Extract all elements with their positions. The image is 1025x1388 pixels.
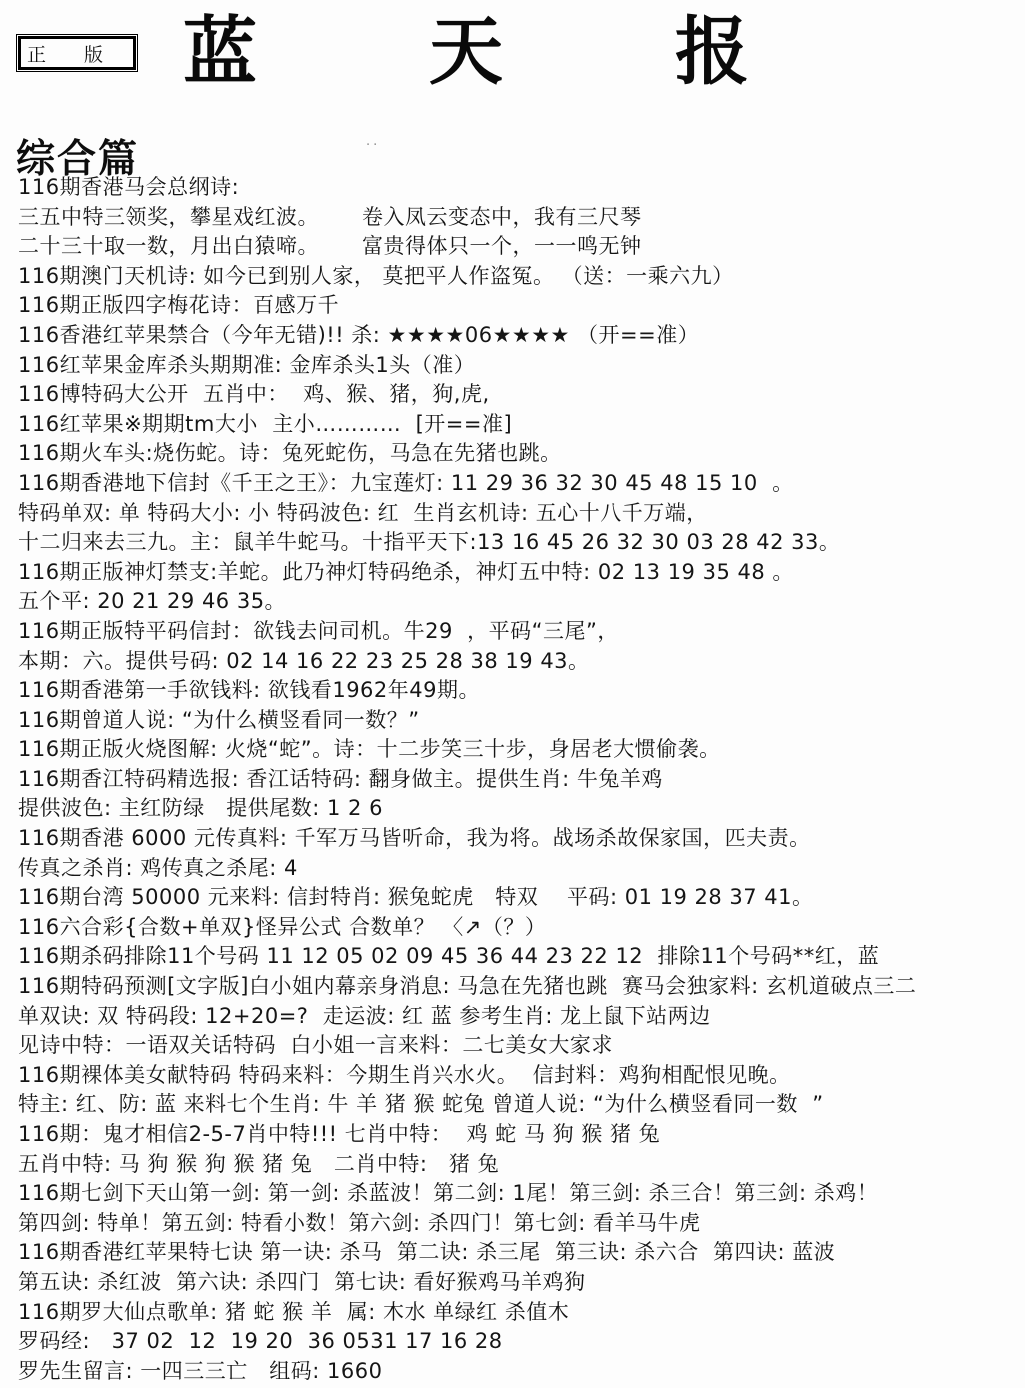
text-line: 五肖中特: 马 狗 猴 狗 猴 猪 兔 二肖中特: 猪 兔 [18, 1150, 1023, 1180]
text-line: 116期香港 6000 元传真料: 千军万马皆听命，我为将。战场杀故保家国，匹夫… [18, 824, 1023, 854]
newspaper-page: 正 版 蓝 天 报 综合篇 ·· 116期香港马会总纲诗: 三五中特三领奖，攀星… [0, 0, 1025, 1388]
text-line: 116香港红苹果禁合（今年无错)!! 杀: ★★★★06★★★★ （开==准） [18, 321, 1023, 351]
masthead-char-2: 天 [429, 8, 503, 96]
text-line: 116期正版神灯禁支:羊蛇。此乃神灯特码绝杀，神灯五中特: 02 13 19 3… [18, 558, 1023, 588]
text-line: 116期火车头:烧伤蛇。诗：兔死蛇伤，马急在先猪也跳。 [18, 439, 1023, 469]
text-line: 罗先生留言: 一四三三亡 组码: 1660 [18, 1357, 1023, 1387]
masthead-char-1: 蓝 [183, 8, 257, 96]
text-line: 116期裸体美女献特码 特码来料：今期生肖兴水火。 信封料：鸡狗相配恨见晚。 [18, 1061, 1023, 1091]
stray-dots-artifact: ·· [366, 138, 380, 153]
text-line: 116期香江特码精选报: 香江话特码: 翻身做主。提供生肖: 牛兔羊鸡 [18, 765, 1023, 795]
text-line: 116六合彩{合数+单双}怪异公式 合数单？ 〈↗（？） [18, 913, 1023, 943]
text-line: 116期香港红苹果特七诀 第一诀: 杀马 第二诀: 杀三尾 第三诀: 杀六合 第… [18, 1238, 1023, 1268]
text-line: 116期台湾 50000 元来料: 信封特肖: 猴兔蛇虎 特双 平码: 01 1… [18, 883, 1023, 913]
text-line: 本期：六。提供号码: 02 14 16 22 23 25 28 38 19 43… [18, 647, 1023, 677]
text-line: 见诗中特：一语双关话特码 白小姐一言来料：二七美女大家求 [18, 1031, 1023, 1061]
text-line: 116期杀码排除11个号码 11 12 05 02 09 45 36 44 23… [18, 942, 1023, 972]
text-line: 116红苹果金库杀头期期准: 金库杀头1头（准） [18, 351, 1023, 381]
text-line: 116期正版四字梅花诗：百感万千 [18, 291, 1023, 321]
tips-text-block: 116期香港马会总纲诗: 三五中特三领奖，攀星戏红波。 卷入凤云变态中，我有三尺… [18, 173, 1023, 1386]
text-line: 116博特码大公开 五肖中： 鸡、猴、猪，狗,虎, [18, 380, 1023, 410]
text-line: 第四剑: 特单！第五剑: 特看小数！第六剑: 杀四门！第七剑: 看羊马牛虎 [18, 1209, 1023, 1239]
text-line: 罗码经: 37 02 12 19 20 36 0531 17 16 28 [18, 1327, 1023, 1357]
text-line: 116期香港地下信封《千王之王》：九宝莲灯: 11 29 36 32 30 45… [18, 469, 1023, 499]
text-line: 提供波色: 主红防绿 提供尾数: 1 2 6 [18, 794, 1023, 824]
text-line: 116期：鬼才相信2-5-7肖中特!!! 七肖中特： 鸡 蛇 马 狗 猴 猪 兔 [18, 1120, 1023, 1150]
text-line: 特码单双: 单 特码大小: 小 特码波色: 红 生肖玄机诗: 五心十八千万端， [18, 499, 1023, 529]
text-line: 116期澳门天机诗: 如今已到别人家， 莫把平人作盗冤。 （送：一乘六九） [18, 262, 1023, 292]
text-line: 116期七剑下天山第一剑: 第一剑: 杀蓝波！第二剑: 1尾！第三剑: 杀三合！… [18, 1179, 1023, 1209]
authentic-edition-badge: 正 版 [18, 36, 136, 70]
text-line: 116期香港第一手欲钱料: 欲钱看1962年49期。 [18, 676, 1023, 706]
text-line: 第五诀: 杀红波 第六诀: 杀四门 第七诀: 看好猴鸡马羊鸡狗 [18, 1268, 1023, 1298]
text-line: 116期特码预测[文字版]白小姐内幕亲身消息: 马急在先猪也跳 赛马会独家料: … [18, 972, 1023, 1002]
text-line: 特主: 红、防: 蓝 来料七个生肖: 牛 羊 猪 猴 蛇兔 曾道人说: “为什么… [18, 1090, 1023, 1120]
masthead-char-3: 报 [675, 8, 749, 96]
text-line: 传真之杀肖: 鸡传真之杀尾: 4 [18, 854, 1023, 884]
text-line: 116期正版特平码信封：欲钱去问司机。牛29 ，平码“三尾”， [18, 617, 1023, 647]
text-line: 三五中特三领奖，攀星戏红波。 卷入凤云变态中，我有三尺琴 [18, 203, 1023, 233]
text-line: 五个平: 20 21 29 46 35。 [18, 587, 1023, 617]
text-line: 116红苹果※期期tm大小 主小………… [开==准] [18, 410, 1023, 440]
text-line: 116期曾道人说: “为什么横竖看同一数？” [18, 706, 1023, 736]
masthead-title: 蓝 天 报 [183, 8, 749, 96]
text-line: 116期罗大仙点歌单: 猪 蛇 猴 羊 属: 木水 单绿红 杀值木 [18, 1298, 1023, 1328]
text-line: 二十三十取一数，月出白猿啼。 富贵得体只一个，一一鸣无钟 [18, 232, 1023, 262]
text-line: 116期正版火烧图解: 火烧“蛇”。诗：十二步笑三十步，身居老大惯偷袭。 [18, 735, 1023, 765]
text-line: 116期香港马会总纲诗: [18, 173, 1023, 203]
text-line: 单双诀: 双 特码段: 12+20=? 走运波: 红 蓝 参考生肖: 龙上鼠下站… [18, 1002, 1023, 1032]
text-line: 十二归来去三九。主：鼠羊牛蛇马。十指平天下:13 16 45 26 32 30 … [18, 528, 1023, 558]
